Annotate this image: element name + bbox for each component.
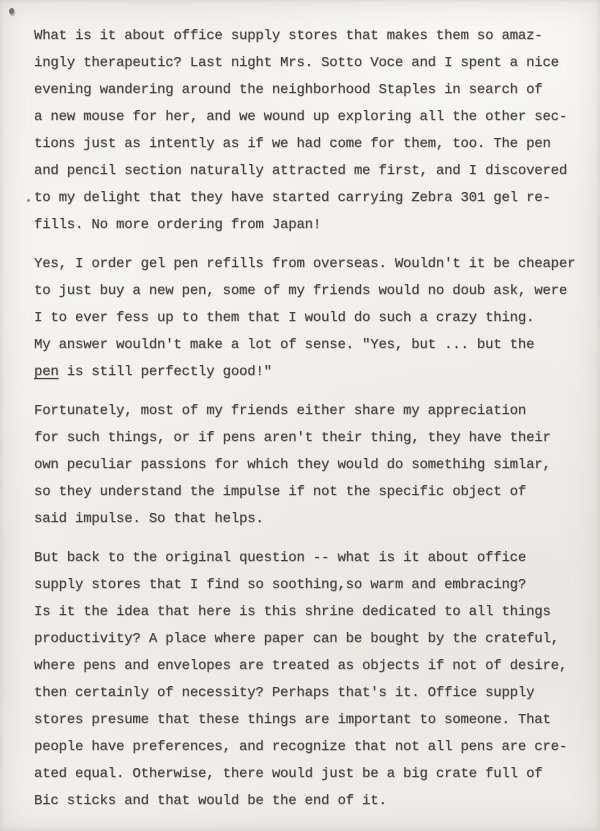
typewritten-page: What is it about office supply stores th… — [0, 0, 600, 831]
text-line: to my delight that they have started car… — [34, 185, 592, 212]
underlined-word: pen — [34, 364, 59, 380]
text-line: supply stores that I find so soothing,so… — [34, 572, 592, 599]
paragraph-2: Yes, I order gel pen refills from overse… — [34, 251, 592, 386]
text-line: pen is still perfectly good!" — [34, 359, 592, 386]
text-line: and pencil section naturally attracted m… — [34, 158, 592, 185]
text-line: stores presume that these things are imp… — [34, 707, 592, 734]
text-line: I to ever fess up to them that I would d… — [34, 305, 592, 332]
text-line: evening wandering around the neighborhoo… — [34, 77, 592, 104]
text-line: What is it about office supply stores th… — [34, 23, 592, 50]
text-line: But back to the original question -- wha… — [34, 545, 592, 572]
text-line: tions just as intently as if we had come… — [34, 131, 592, 158]
text-line: to just buy a new pen, some of my friend… — [34, 278, 592, 305]
text-line: ated equal. Otherwise, there would just … — [34, 761, 592, 788]
text-line: people have preferences, and recognize t… — [34, 734, 592, 761]
text-line: then certainly of necessity? Perhaps tha… — [34, 680, 592, 707]
text-line: My answer wouldn't make a lot of sense. … — [34, 332, 592, 359]
text-line: ingly therapeutic? Last night Mrs. Sotto… — [34, 50, 592, 77]
text-line: Fortunately, most of my friends either s… — [34, 398, 592, 425]
paragraph-4: But back to the original question -- wha… — [34, 545, 592, 815]
text-line: where pens and envelopes are treated as … — [34, 653, 592, 680]
text-line: said impulse. So that helps. — [34, 506, 592, 533]
text-line: Bic sticks and that would be the end of … — [34, 788, 592, 815]
text-line: for such things, or if pens aren't their… — [34, 425, 592, 452]
paragraph-3: Fortunately, most of my friends either s… — [34, 398, 592, 533]
text-line: Is it the idea that here is this shrine … — [34, 599, 592, 626]
letter-body: What is it about office supply stores th… — [0, 0, 600, 815]
paragraph-1: What is it about office supply stores th… — [34, 23, 592, 239]
text-line: a new mouse for her, and we wound up exp… — [34, 104, 592, 131]
text-line: own peculiar passions for which they wou… — [34, 452, 592, 479]
text-line: fills. No more ordering from Japan! — [34, 212, 592, 239]
text-line: so they understand the impulse if not th… — [34, 479, 592, 506]
text-line: productivity? A place where paper can be… — [34, 626, 592, 653]
text-line: Yes, I order gel pen refills from overse… — [34, 251, 592, 278]
